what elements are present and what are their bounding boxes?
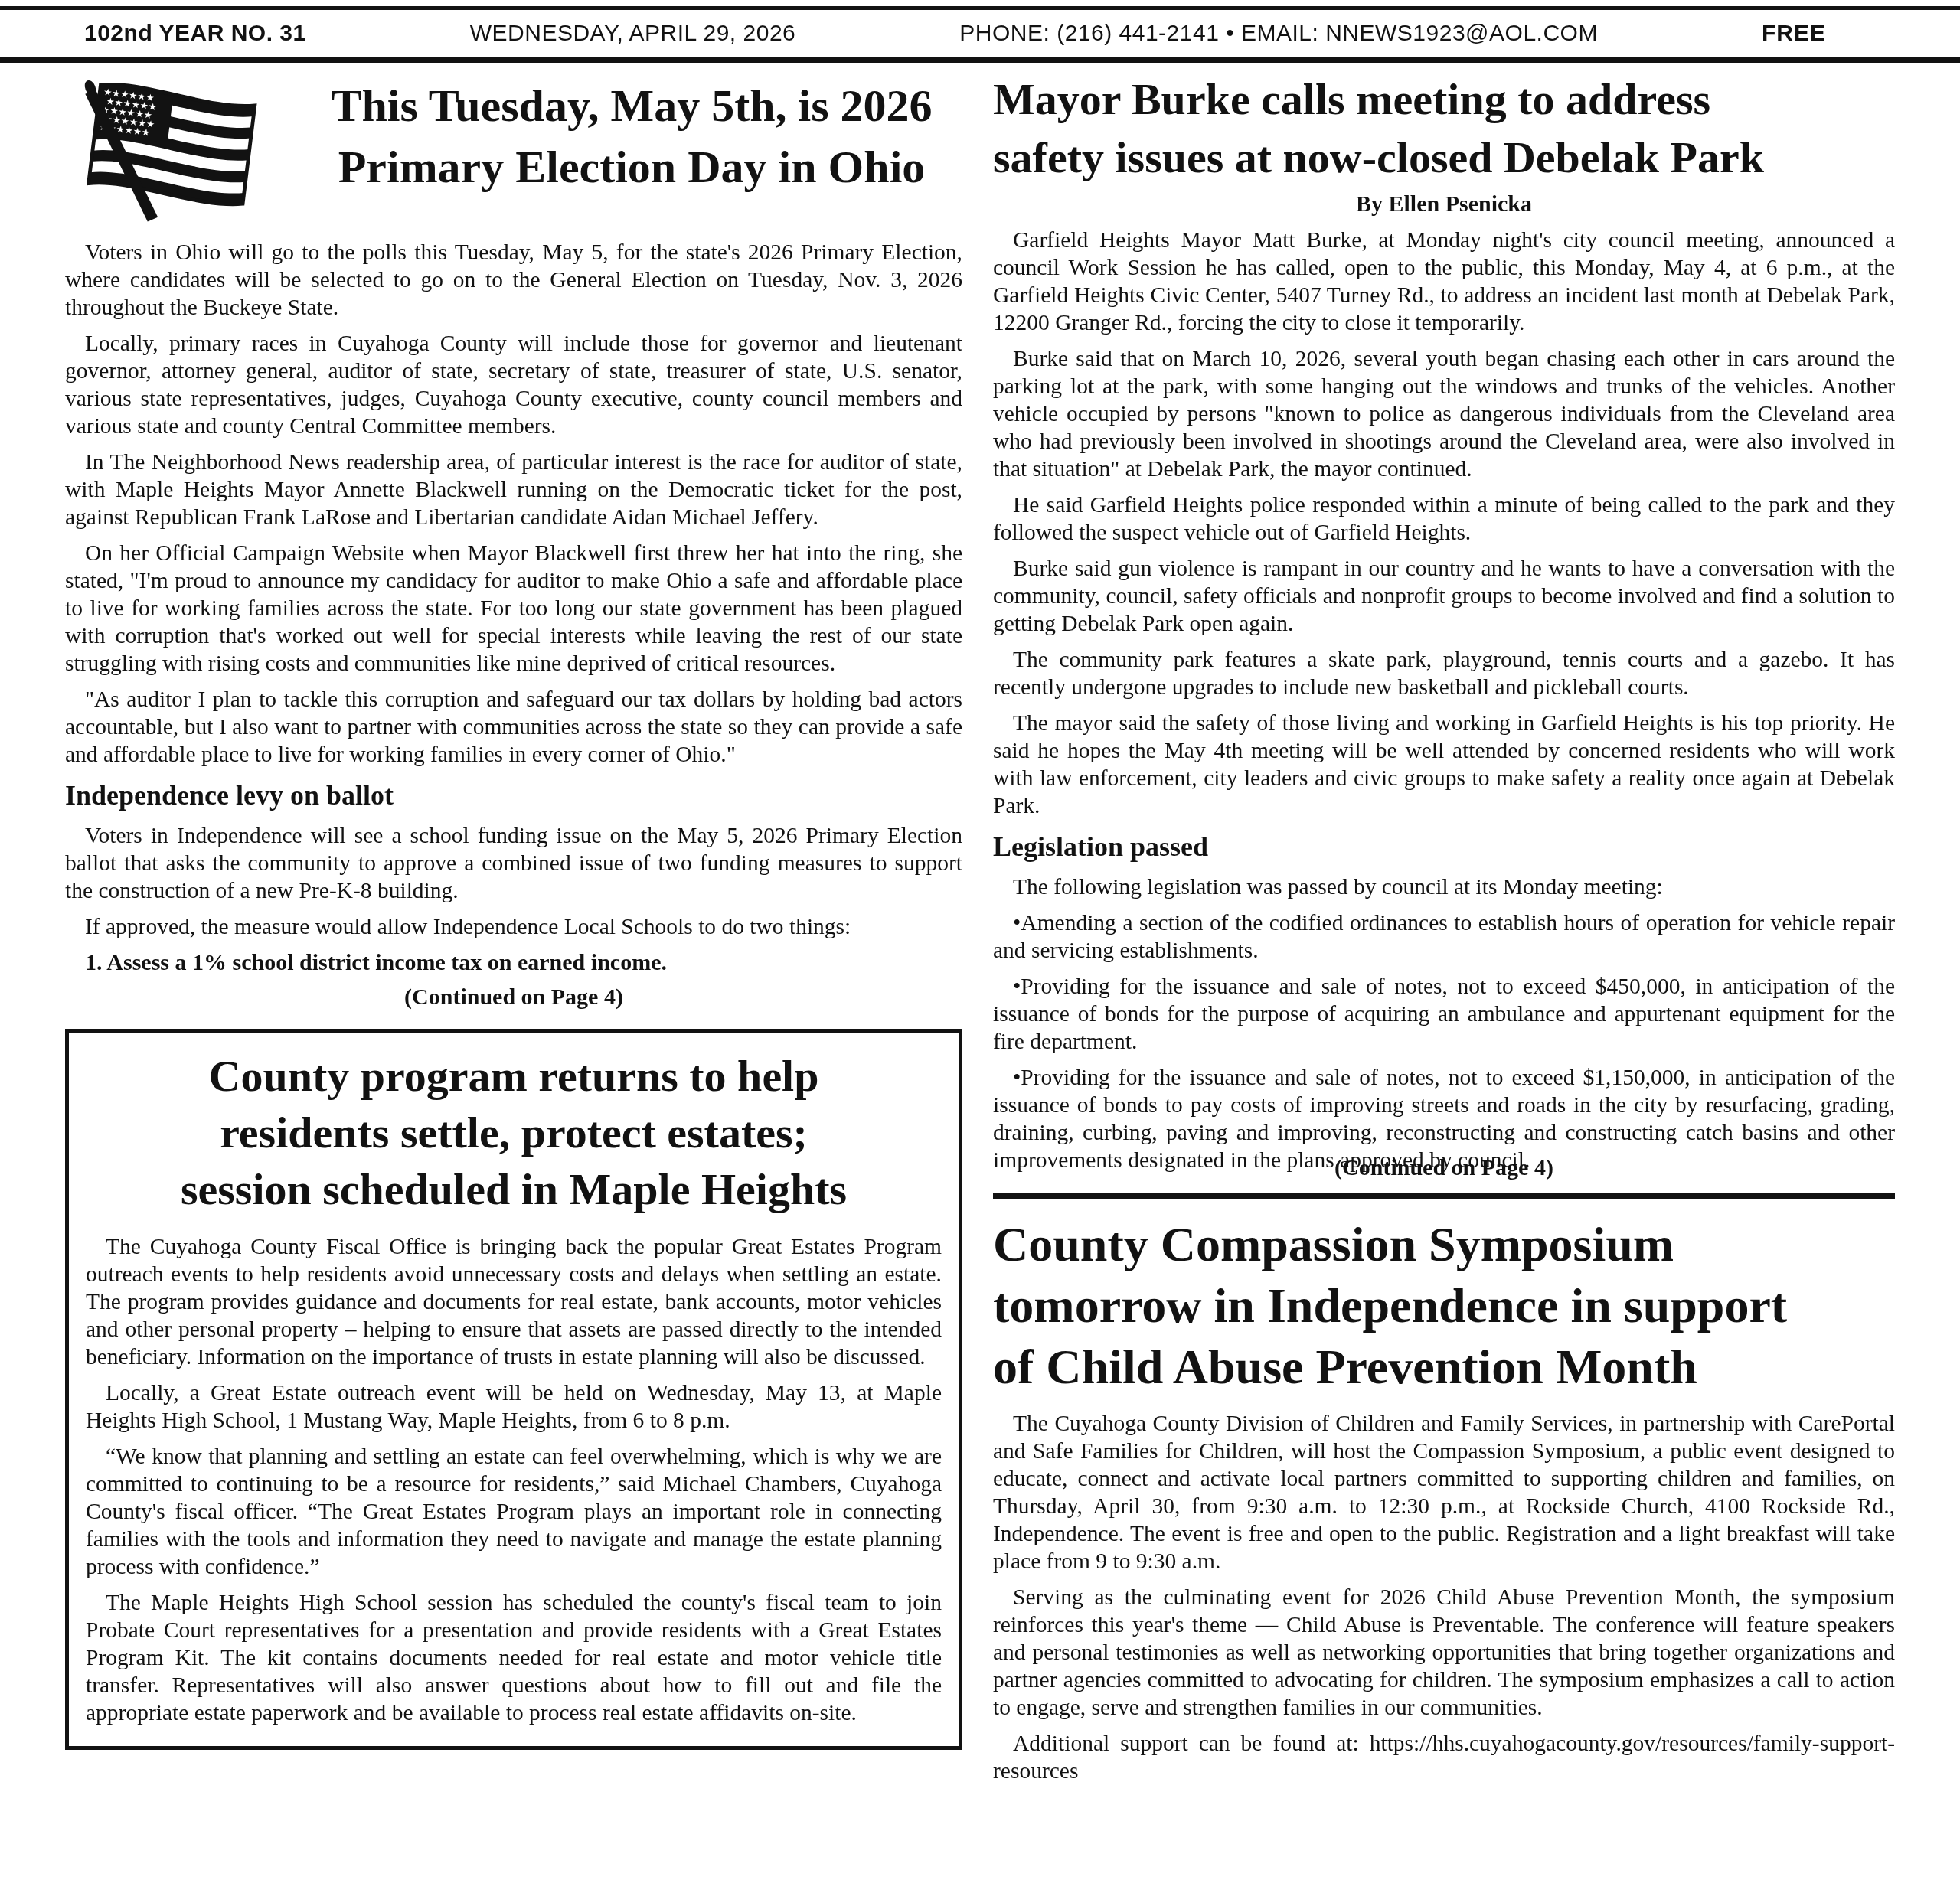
election-subhead: Independence levy on ballot <box>65 779 962 811</box>
article-paragraph: Voters in Independence will see a school… <box>65 822 962 905</box>
right-column: Mayor Burke calls meeting to address saf… <box>993 70 1895 1794</box>
legislation-bullet: •Providing for the issuance and sale of … <box>993 973 1895 1056</box>
headline-line: County program returns to help <box>86 1048 942 1105</box>
headline-line: safety issues at now-closed Debelak Park <box>993 129 1895 187</box>
masthead-edition: 102nd YEAR NO. 31 <box>84 21 306 47</box>
article-divider-rule <box>993 1193 1895 1199</box>
article-paragraph: Serving as the culminating event for 202… <box>993 1584 1895 1722</box>
article-paragraph: On her Official Campaign Website when Ma… <box>65 540 962 677</box>
article-paragraph: Locally, a Great Estate outreach event w… <box>86 1379 942 1434</box>
article-paragraph: Burke said that on March 10, 2026, sever… <box>993 345 1895 483</box>
estates-article-headline: County program returns to help residents… <box>86 1048 942 1218</box>
election-article-header: ★★★★★★ ★★★★★★ ★★★★★★ ★★★★★★ ★★★★★★ <box>65 70 962 228</box>
us-flag-icon: ★★★★★★ ★★★★★★ ★★★★★★ ★★★★★★ ★★★★★★ <box>65 70 292 228</box>
headline-line: Mayor Burke calls meeting to address <box>993 70 1895 129</box>
headline-line: of Child Abuse Prevention Month <box>993 1337 1895 1398</box>
article-paragraph: The mayor said the safety of those livin… <box>993 710 1895 820</box>
article-paragraph: The Maple Heights High School session ha… <box>86 1589 942 1727</box>
article-paragraph: If approved, the measure would allow Ind… <box>65 913 962 941</box>
article-paragraph: Voters in Ohio will go to the polls this… <box>65 239 962 321</box>
estates-article-box: County program returns to help residents… <box>65 1029 962 1750</box>
continued-on-page-note: (Continued on Page 4) <box>65 984 962 1010</box>
article-paragraph: Burke said gun violence is rampant in ou… <box>993 555 1895 638</box>
newspaper-front-page: 102nd YEAR NO. 31 WEDNESDAY, APRIL 29, 2… <box>0 0 1960 1880</box>
masthead-price-badge: FREE <box>1762 21 1826 47</box>
burke-article-byline: By Ellen Psenicka <box>993 191 1895 217</box>
article-paragraph: Locally, primary races in Cuyahoga Count… <box>65 330 962 440</box>
masthead: 102nd YEAR NO. 31 WEDNESDAY, APRIL 29, 2… <box>0 6 1960 63</box>
article-paragraph: The community park features a skate park… <box>993 646 1895 701</box>
headline-line: Primary Election Day in Ohio <box>301 136 962 197</box>
page-columns: ★★★★★★ ★★★★★★ ★★★★★★ ★★★★★★ ★★★★★★ <box>0 63 1960 1794</box>
article-paragraph: In The Neighborhood News readership area… <box>65 449 962 531</box>
headline-line: residents settle, protect estates; <box>86 1105 942 1161</box>
article-paragraph-with-url: Additional support can be found at: http… <box>993 1730 1895 1785</box>
burke-article-headline: Mayor Burke calls meeting to address saf… <box>993 70 1895 187</box>
article-paragraph: Garfield Heights Mayor Matt Burke, at Mo… <box>993 227 1895 337</box>
symposium-article-headline: County Compassion Symposium tomorrow in … <box>993 1214 1895 1398</box>
article-paragraph: "As auditor I plan to tackle this corrup… <box>65 686 962 769</box>
numbered-list-item: 1. Assess a 1% school district income ta… <box>65 949 962 977</box>
article-paragraph: He said Garfield Heights police responde… <box>993 491 1895 547</box>
article-paragraph: The Cuyahoga County Fiscal Office is bri… <box>86 1233 942 1371</box>
masthead-contact: PHONE: (216) 441-2141 • EMAIL: NNEWS1923… <box>959 21 1598 47</box>
article-paragraph: The following legislation was passed by … <box>993 873 1895 901</box>
headline-line: County Compassion Symposium <box>993 1214 1895 1275</box>
legislation-subhead: Legislation passed <box>993 831 1895 863</box>
headline-line: This Tuesday, May 5th, is 2026 <box>301 75 962 136</box>
headline-line: session scheduled in Maple Heights <box>86 1161 942 1218</box>
masthead-date: WEDNESDAY, APRIL 29, 2026 <box>470 21 795 47</box>
left-column: ★★★★★★ ★★★★★★ ★★★★★★ ★★★★★★ ★★★★★★ <box>65 70 962 1794</box>
election-article-headline: This Tuesday, May 5th, is 2026 Primary E… <box>301 70 962 197</box>
headline-line: tomorrow in Independence in support <box>993 1275 1895 1337</box>
article-paragraph: The Cuyahoga County Division of Children… <box>993 1410 1895 1575</box>
article-paragraph: “We know that planning and settling an e… <box>86 1443 942 1581</box>
legislation-bullet: •Amending a section of the codified ordi… <box>993 909 1895 964</box>
